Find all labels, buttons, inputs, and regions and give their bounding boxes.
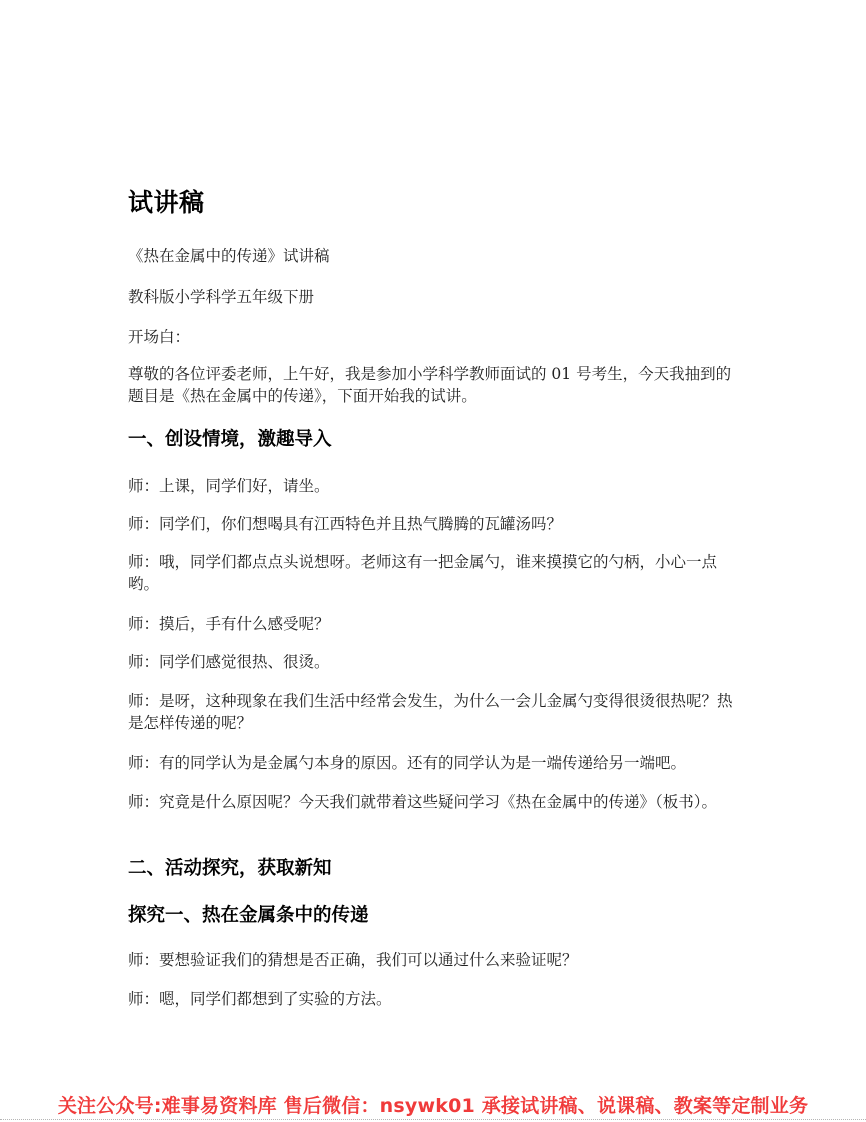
dialogue-line: 师：究竟是什么原因呢？今天我们就带着这些疑问学习《热在金属中的传递》（板书）。 — [128, 791, 740, 813]
subsection-heading-1: 探究一、热在金属条中的传递 — [128, 903, 740, 929]
section-heading-1: 一、创设情境，激趣导入 — [128, 427, 740, 453]
textbook-info: 教科版小学科学五年级下册 — [128, 286, 740, 308]
dialogue-line: 师：哦，同学们都点点头说想呀。老师这有一把金属勺，谁来摸摸它的勺柄，小心一点哟。 — [128, 551, 740, 595]
dialogue-line: 师：嗯，同学们都想到了实验的方法。 — [128, 988, 740, 1010]
document-title: 试讲稿 — [128, 186, 205, 220]
opening-label: 开场白： — [128, 326, 740, 348]
lesson-subtitle: 《热在金属中的传递》试讲稿 — [128, 245, 740, 267]
dialogue-line: 师：摸后，手有什么感受呢？ — [128, 613, 740, 635]
dialogue-line: 师：同学们，你们想喝具有江西特色并且热气腾腾的瓦罐汤吗？ — [128, 513, 740, 535]
dialogue-line: 师：是呀，这种现象在我们生活中经常会发生，为什么一会儿金属勺变得很烫很热呢？热是… — [128, 690, 740, 734]
opening-paragraph: 尊敬的各位评委老师，上午好，我是参加小学科学教师面试的 01 号考生，今天我抽到… — [128, 363, 740, 407]
dialogue-line: 师：同学们感觉很热、很烫。 — [128, 651, 740, 673]
document-page: 试讲稿 《热在金属中的传递》试讲稿 教科版小学科学五年级下册 开场白： 尊敬的各… — [0, 0, 866, 1122]
footer-divider — [0, 1119, 866, 1120]
dialogue-line: 师：要想验证我们的猜想是否正确，我们可以通过什么来验证呢？ — [128, 949, 740, 971]
section-heading-2: 二、活动探究，获取新知 — [128, 856, 740, 882]
dialogue-line: 师：上课，同学们好，请坐。 — [128, 475, 740, 497]
promo-footer-banner: 关注公众号:难事易资料库 售后微信：nsywk01 承接试讲稿、说课稿、教案等定… — [0, 1090, 866, 1122]
dialogue-line: 师：有的同学认为是金属勺本身的原因。还有的同学认为是一端传递给另一端吧。 — [128, 752, 740, 774]
